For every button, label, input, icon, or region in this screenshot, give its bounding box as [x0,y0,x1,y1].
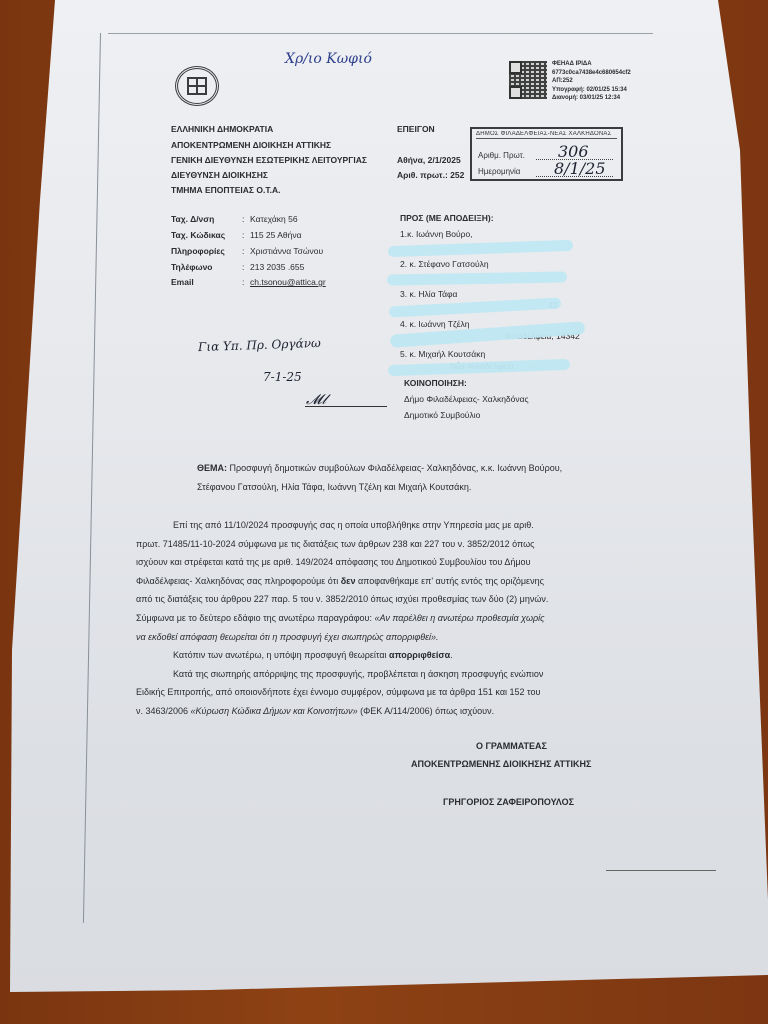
contact-label-address: Ταχ. Δ/νση [171,214,214,224]
recipient-3: 3. κ. Ηλία Τάφα [400,289,457,299]
redaction-mark [389,298,561,318]
urgency-label: ΕΠΕΙΓΟΝ [397,124,435,134]
recipients-title: ΠΡΟΣ (ΜΕ ΑΠΟΔΕΙΞΗ): [400,213,494,223]
header-line-2: ΑΠΟΚΕΝΤΡΩΜΕΝΗ ΔΙΟΙΚΗΣΗ ΑΤΤΙΚΗΣ [171,140,331,150]
body-paragraph-1: Επί της από 11/10/2024 προσφυγής σας η ο… [136,516,548,721]
header-line-3: ΓΕΝΙΚΗ ΔΙΕΥΘΥΝΣΗ ΕΣΩΤΕΡΙΚΗΣ ΛΕΙΤΟΥΡΓΙΑΣ [171,155,367,165]
document-page: Χρ/ιο Κωφιό ΕΛΛΗΝΙΚΗ ΔΗΜΟΚΡΑΤΙΑ ΑΠΟΚΕΝΤΡ… [0,0,768,1024]
signature-authority: ΑΠΟΚΕΝΤΡΩΜΕΝΗΣ ΔΙΟΙΚΗΣΗΣ ΑΤΤΙΚΗΣ [411,759,591,769]
greek-coat-of-arms-icon [175,66,219,106]
esign-hash: 6773c0ca7438e4c680654cf2 [552,70,631,76]
subject-label: ΘΕΜΑ: [197,463,227,473]
contact-value-address: Κατεχάκη 56 [250,214,298,224]
recipient-1: 1.κ. Ιωάννη Βούρο, [400,229,473,239]
stamp-protocol-label: Αριθμ. Πρωτ. [478,151,525,160]
cc-item-1: Δήμο Φιλαδέλφειας- Χαλκηδόνας [404,394,529,404]
contact-value-info: Χριστιάννα Τσώνου [250,246,323,256]
subject-text-1: Προσφυγή δημοτικών συμβούλων Φιλαδέλφεια… [230,463,563,473]
frame-line-top [108,33,653,34]
header-line-5: ΤΜΗΜΑ ΕΠΟΠΤΕΙΑΣ Ο.Τ.Α. [171,185,280,195]
recipient-5: 5. κ. Μιχαήλ Κουτσάκη [400,349,485,359]
recipient-4: 4. κ. Ιωάννη Τζέλη [400,319,469,329]
signatory-name: ΓΡΗΓΟΡΙΟΣ ΖΑΦΕΙΡΟΠΟΥΛΟΣ [443,797,574,807]
received-stamp: ΔΗΜΟΣ ΦΙΛΑΔΕΛΦΕΙΑΣ-ΝΕΑΣ ΧΑΛΚΗΔΟΝΑΣ Αριθμ… [470,127,623,181]
contact-value-postcode: 115 25 Αθήνα [250,230,302,240]
esign-distributed: Διανομή: 03/01/25 12:34 [552,95,620,101]
stamp-date-label: Ημερομηνία [478,167,520,176]
esign-signed: Υπογραφή: 02/01/25 15:34 [552,87,627,93]
contact-label-info: Πληροφορίες [171,246,225,256]
signature-title: Ο ΓΡΑΜΜΑΤΕΑΣ [476,741,547,751]
esign-ap: ΑΠ:252 [552,78,573,84]
footer-line [606,870,716,871]
protocol-line: Αριθ. πρωτ.: 252 [397,170,464,180]
qr-code-icon [509,61,547,99]
stamp-date-value: 8/1/25 [554,159,606,178]
handwritten-file-note: Χρ/ιο Κωφιό [285,51,372,67]
contact-label-email: Email [171,277,194,287]
esign-system: ΦΕΗΑΔ ΙΡΙΔΑ [552,61,592,67]
handwritten-date: 7-1-25 [263,370,302,384]
contact-label-postcode: Ταχ. Κώδικας [171,230,225,240]
subject-text-2: Στέφανου Γατσούλη, Ηλία Τάφα, Ιωάννη Τζέ… [197,482,471,492]
stamp-header: ΔΗΜΟΣ ΦΙΛΑΔΕΛΦΕΙΑΣ-ΝΕΑΣ ΧΑΛΚΗΔΟΝΑΣ [476,131,617,139]
contact-email-link[interactable]: ch.tsonou@attica.gr [250,277,326,287]
contact-value-phone: 213 2035 .655 [250,262,304,272]
cc-title: ΚΟΙΝΟΠΟΙΗΣΗ: [404,378,467,388]
header-line-4: ΔΙΕΥΘΥΝΣΗ ΔΙΟΙΚΗΣΗΣ [171,170,268,180]
handwritten-assignment: Για Υπ. Πρ. Οργάνω [198,336,321,354]
redaction-mark [388,359,570,376]
recipient-2: 2. κ. Στέφανο Γατσούλη [400,259,489,269]
signature-line [305,406,387,407]
redaction-mark [388,240,573,257]
cc-item-2: Δημοτικό Συμβούλιο [404,410,480,420]
redaction-mark [387,271,567,285]
contact-label-phone: Τηλέφωνο [171,262,213,272]
subject-line-1: ΘΕΜΑ: Προσφυγή δημοτικών συμβούλων Φιλαδ… [197,463,562,473]
header-line-1: ΕΛΛΗΝΙΚΗ ΔΗΜΟΚΡΑΤΙΑ [171,124,273,134]
date-line: Αθήνα, 2/1/2025 [397,155,461,165]
frame-line-left [83,33,101,923]
